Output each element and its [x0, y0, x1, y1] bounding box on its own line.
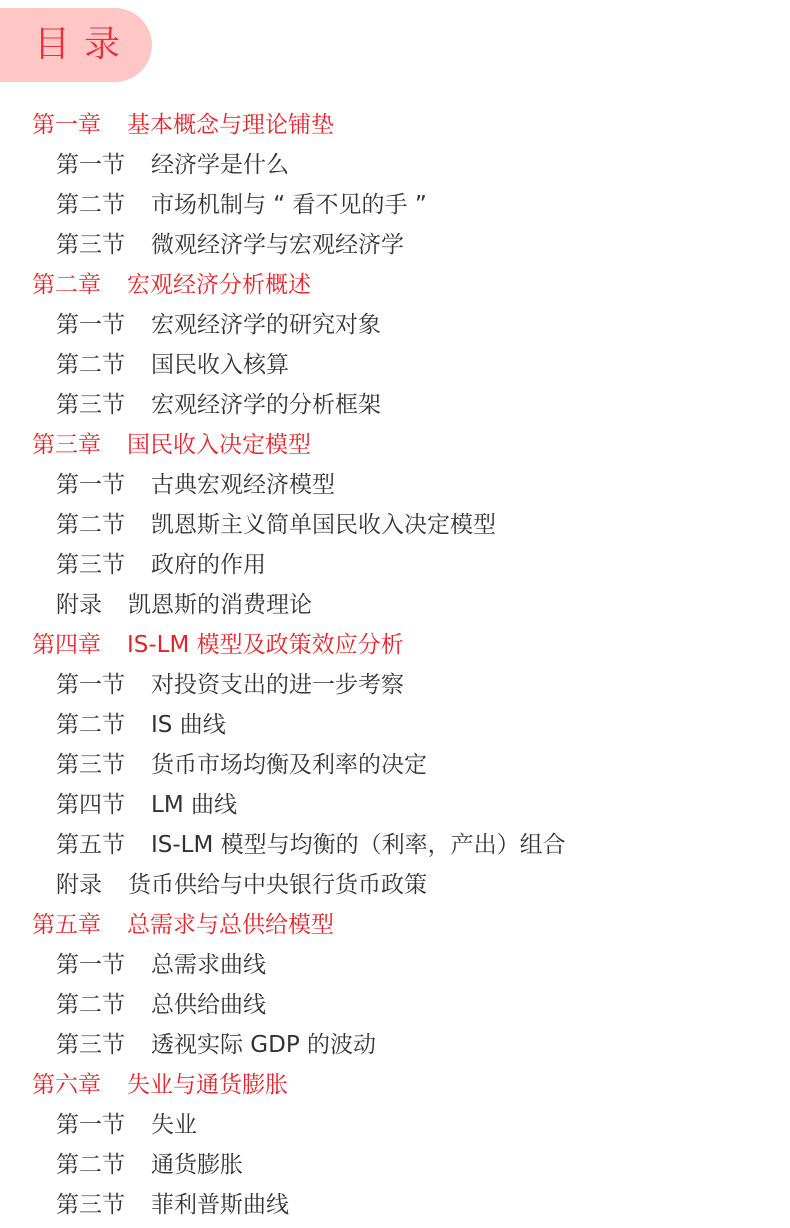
toc-label: 第三节 [56, 1025, 125, 1065]
toc-section[interactable]: 第三节透视实际 GDP 的波动 [0, 1025, 790, 1065]
toc-chapter[interactable]: 第四章IS-LM 模型及政策效应分析 [0, 625, 790, 665]
toc-title: 宏观经济学的分析框架 [151, 385, 381, 425]
toc-label: 第二节 [56, 185, 125, 225]
toc-section[interactable]: 第二节凯恩斯主义简单国民收入决定模型 [0, 505, 790, 545]
toc-title: IS-LM 模型与均衡的（利率，产出）组合 [151, 825, 566, 865]
toc-label: 第三节 [56, 745, 125, 785]
toc-section[interactable]: 第二节国民收入核算 [0, 345, 790, 385]
toc-title: 总供给曲线 [151, 985, 266, 1025]
toc-label: 第一节 [56, 945, 125, 985]
toc-title: LM 曲线 [151, 785, 237, 825]
toc-title: 政府的作用 [151, 545, 266, 585]
toc-section[interactable]: 第五节IS-LM 模型与均衡的（利率，产出）组合 [0, 825, 790, 865]
toc-title: 货币供给与中央银行货币政策 [128, 865, 427, 905]
toc-title: 对投资支出的进一步考察 [151, 665, 404, 705]
toc-label: 第一节 [56, 665, 125, 705]
toc-section[interactable]: 第三节政府的作用 [0, 545, 790, 585]
toc-section[interactable]: 第一节古典宏观经济模型 [0, 465, 790, 505]
toc-title: 市场机制与 “ 看不见的手 ” [151, 185, 427, 225]
toc-label: 第三章 [32, 425, 101, 465]
toc-title: 凯恩斯主义简单国民收入决定模型 [151, 505, 496, 545]
toc-label: 第四节 [56, 785, 125, 825]
toc-section[interactable]: 第一节对投资支出的进一步考察 [0, 665, 790, 705]
toc-label: 第二节 [56, 345, 125, 385]
toc-label: 第三节 [56, 545, 125, 585]
toc-section[interactable]: 第二节IS 曲线 [0, 705, 790, 745]
toc-title: 菲利普斯曲线 [151, 1185, 289, 1225]
toc-section[interactable]: 第一节宏观经济学的研究对象 [0, 305, 790, 345]
page-title: 目录 [34, 8, 134, 82]
toc-label: 附录 [56, 585, 102, 625]
toc-label: 第二节 [56, 505, 125, 545]
toc-label: 附录 [56, 865, 102, 905]
toc-section[interactable]: 第二节总供给曲线 [0, 985, 790, 1025]
toc-appendix[interactable]: 附录货币供给与中央银行货币政策 [0, 865, 790, 905]
toc-label: 第五节 [56, 825, 125, 865]
toc-label: 第三节 [56, 1185, 125, 1225]
toc-section[interactable]: 第三节微观经济学与宏观经济学 [0, 225, 790, 265]
toc-title: 透视实际 GDP 的波动 [151, 1025, 376, 1065]
toc-chapter[interactable]: 第二章宏观经济分析概述 [0, 265, 790, 305]
toc-title: 基本概念与理论铺垫 [127, 105, 334, 145]
toc-section[interactable]: 第一节经济学是什么 [0, 145, 790, 185]
toc-title: 宏观经济学的研究对象 [151, 305, 381, 345]
toc-chapter[interactable]: 第三章国民收入决定模型 [0, 425, 790, 465]
toc-section[interactable]: 第四节LM 曲线 [0, 785, 790, 825]
toc-section[interactable]: 第二节市场机制与 “ 看不见的手 ” [0, 185, 790, 225]
toc-chapter[interactable]: 第六章失业与通货膨胀 [0, 1065, 790, 1105]
toc-title: 宏观经济分析概述 [127, 265, 311, 305]
toc-title: 失业 [151, 1105, 197, 1145]
toc-chapter[interactable]: 第五章总需求与总供给模型 [0, 905, 790, 945]
table-of-contents: 第一章基本概念与理论铺垫第一节经济学是什么第二节市场机制与 “ 看不见的手 ”第… [0, 105, 790, 1225]
toc-label: 第一节 [56, 305, 125, 345]
toc-title: IS 曲线 [151, 705, 226, 745]
toc-label: 第二章 [32, 265, 101, 305]
toc-title: 失业与通货膨胀 [127, 1065, 288, 1105]
toc-label: 第二节 [56, 1145, 125, 1185]
toc-title: 总需求曲线 [151, 945, 266, 985]
toc-title: 货币市场均衡及利率的决定 [151, 745, 427, 785]
toc-label: 第一章 [32, 105, 101, 145]
toc-label: 第五章 [32, 905, 101, 945]
toc-title: 经济学是什么 [151, 145, 289, 185]
toc-appendix[interactable]: 附录凯恩斯的消费理论 [0, 585, 790, 625]
toc-label: 第一节 [56, 465, 125, 505]
toc-label: 第二节 [56, 985, 125, 1025]
toc-section[interactable]: 第二节通货膨胀 [0, 1145, 790, 1185]
toc-title: 国民收入决定模型 [127, 425, 311, 465]
toc-chapter[interactable]: 第一章基本概念与理论铺垫 [0, 105, 790, 145]
toc-title: IS-LM 模型及政策效应分析 [127, 625, 404, 665]
toc-label: 第三节 [56, 385, 125, 425]
toc-section[interactable]: 第三节菲利普斯曲线 [0, 1185, 790, 1225]
toc-title: 总需求与总供给模型 [127, 905, 334, 945]
toc-section[interactable]: 第一节总需求曲线 [0, 945, 790, 985]
toc-section[interactable]: 第一节失业 [0, 1105, 790, 1145]
toc-section[interactable]: 第三节货币市场均衡及利率的决定 [0, 745, 790, 785]
toc-label: 第三节 [56, 225, 125, 265]
toc-label: 第一节 [56, 145, 125, 185]
toc-label: 第一节 [56, 1105, 125, 1145]
toc-label: 第二节 [56, 705, 125, 745]
toc-title: 通货膨胀 [151, 1145, 243, 1185]
toc-section[interactable]: 第三节宏观经济学的分析框架 [0, 385, 790, 425]
toc-label: 第六章 [32, 1065, 101, 1105]
toc-title: 古典宏观经济模型 [151, 465, 335, 505]
toc-title: 国民收入核算 [151, 345, 289, 385]
toc-label: 第四章 [32, 625, 101, 665]
toc-title: 微观经济学与宏观经济学 [151, 225, 404, 265]
toc-title: 凯恩斯的消费理论 [128, 585, 312, 625]
